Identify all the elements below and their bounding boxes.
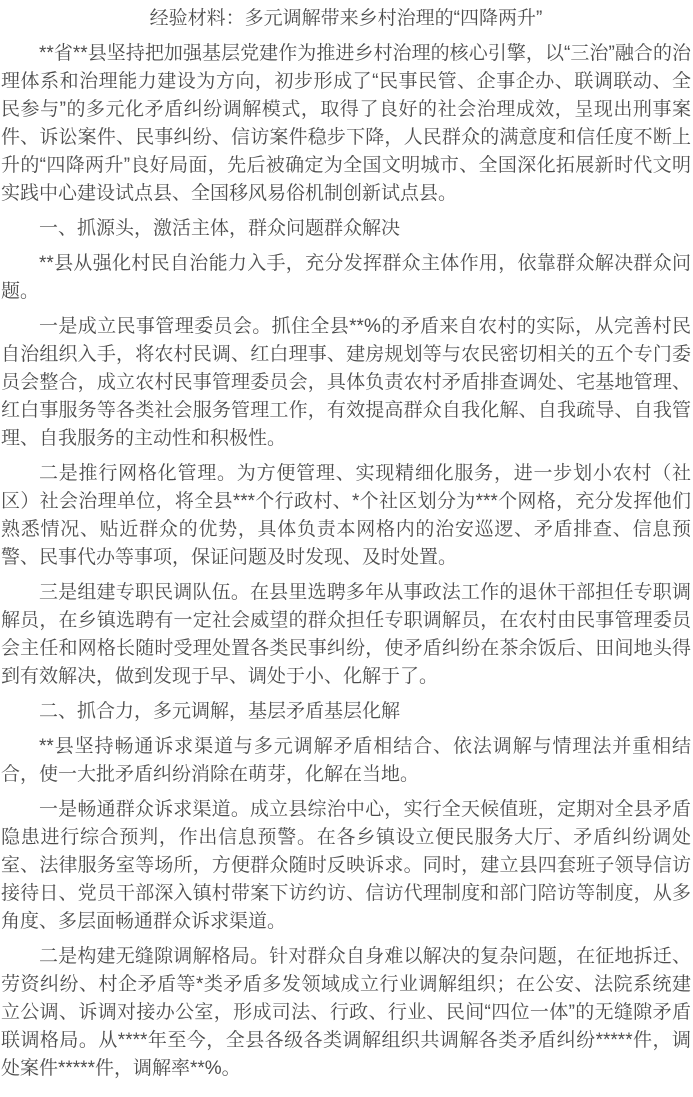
paragraph-section2-point1: 一是畅通群众诉求渠道。成立县综治中心，实行全天候值班，定期对全县矛盾隐患进行综合… — [1, 796, 691, 936]
paragraph-section1-point2: 二是推行网格化管理。为方便管理、实现精细化服务，进一步划小农村（社区）社会治理单… — [1, 460, 691, 572]
paragraph-section1-point1: 一是成立民事管理委员会。抓住全县**%的矛盾来自农村的实际，从完善村民自治组织入… — [1, 313, 691, 453]
document-page: 经验材料：多元调解带来乡村治理的“四降两升” **省**县坚持把加强基层党建作为… — [0, 0, 693, 1097]
document-title: 经验材料：多元调解带来乡村治理的“四降两升” — [1, 5, 691, 33]
paragraph-section2-point2: 二是构建无缝隙调解格局。针对群众自身难以解决的复杂问题，在征地拆迁、劳资纠纷、村… — [1, 943, 691, 1083]
section-heading-1: 一、抓源头，激活主体，群众问题群众解决 — [1, 215, 691, 243]
paragraph-section1-lead: **县从强化村民自治能力入手，充分发挥群众主体作用，依靠群众解决群众问题。 — [1, 250, 691, 306]
paragraph-section2-lead: **县坚持畅通诉求渠道与多元调解矛盾相结合、依法调解与情理法并重相结合，使一大批… — [1, 733, 691, 789]
paragraph-section1-point3: 三是组建专职民调队伍。在县里选聘多年从事政法工作的退休干部担任专职调解员，在乡镇… — [1, 579, 691, 691]
intro-paragraph: **省**县坚持把加强基层党建作为推进乡村治理的核心引擎，以“三治”融合的治理体… — [1, 40, 691, 208]
section-heading-2: 二、抓合力，多元调解，基层矛盾基层化解 — [1, 698, 691, 726]
